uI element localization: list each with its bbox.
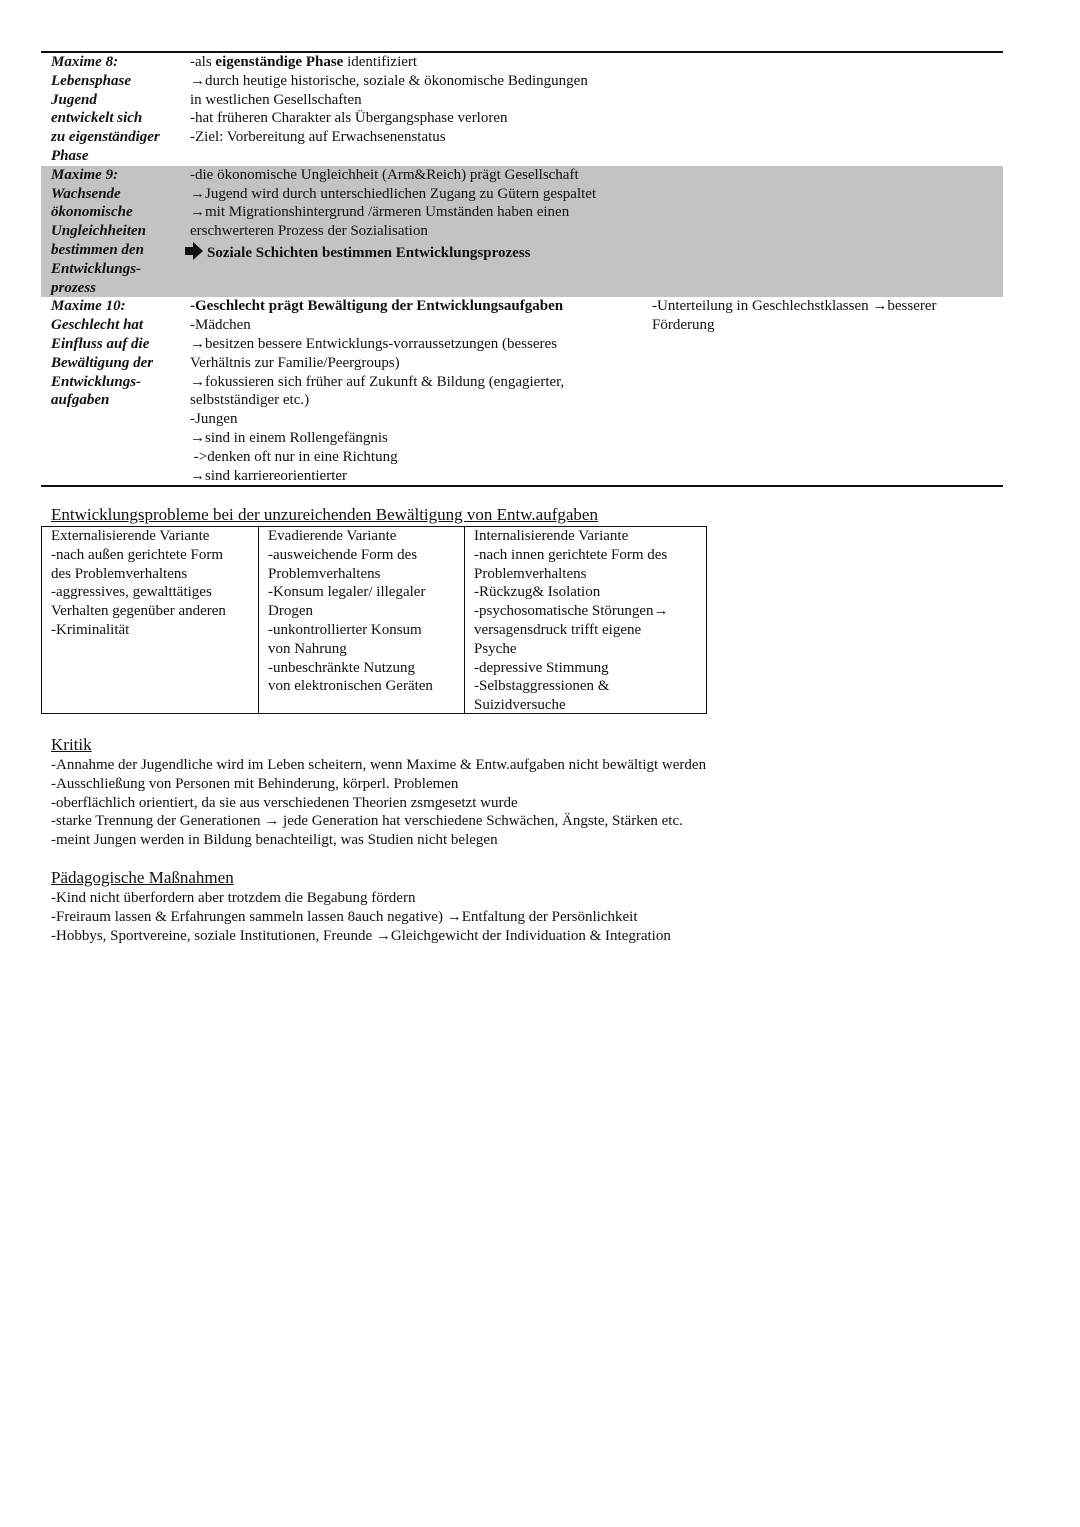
- cell-line: des Problemverhaltens: [51, 565, 258, 584]
- body-line: -hat früheren Charakter als Übergangspha…: [190, 109, 652, 128]
- body-line: →mit Migrationshintergrund /ärmeren Umst…: [190, 203, 652, 222]
- cell-line: -Rückzug& Isolation: [474, 583, 706, 602]
- cell-line: -Selbstaggressionen &: [474, 677, 706, 696]
- evading-column: Evadierende Variante -ausweichende Form …: [258, 527, 464, 713]
- body-line: →fokussieren sich früher auf Zukunft & B…: [190, 373, 652, 392]
- label-line: Entwicklungs-: [51, 260, 190, 279]
- maxime-10-label: Maxime 10: Geschlecht hat Einfluss auf d…: [41, 297, 190, 485]
- kritik-title: Kritik: [51, 736, 92, 755]
- body-line: →Jugend wird durch unterschiedlichen Zug…: [190, 185, 652, 204]
- label-line: Einfluss auf die: [51, 335, 190, 354]
- label-line: Entwicklungs-: [51, 373, 190, 392]
- body-line: →durch heutige historische, soziale & ök…: [190, 72, 652, 91]
- massnahmen-item: -Hobbys, Sportvereine, soziale Instituti…: [51, 927, 671, 946]
- problems-title: Entwicklungsprobleme bei der unzureichen…: [51, 506, 598, 525]
- label-line: Jugend: [51, 91, 190, 110]
- maxime-10-extra: -Unterteilung in Geschlechstklassen →bes…: [652, 297, 1003, 485]
- massnahmen-item: -Freiraum lassen & Erfahrungen sammeln l…: [51, 908, 671, 927]
- body-line: Verhältnis zur Familie/Peergroups): [190, 354, 652, 373]
- cell-line: -ausweichende Form des: [268, 546, 464, 565]
- massnahmen-title: Pädagogische Maßnahmen: [51, 869, 234, 888]
- label-line: Maxime 8:: [51, 53, 190, 72]
- column-heading: Internalisierende Variante: [474, 527, 706, 546]
- body-line: ->denken oft nur in eine Richtung: [190, 448, 652, 467]
- body-line: erschwerteren Prozess der Sozialisation: [190, 222, 652, 241]
- label-line: Maxime 10:: [51, 297, 190, 316]
- body-line: →sind in einem Rollengefängnis: [190, 429, 652, 448]
- maxime-8-row: Maxime 8: Lebensphase Jugend entwickelt …: [41, 53, 1003, 166]
- extra-line: Förderung: [652, 316, 1003, 335]
- label-line: Lebensphase: [51, 72, 190, 91]
- problem-table: Externalisierende Variante -nach außen g…: [41, 526, 707, 714]
- text-span: -als: [190, 54, 215, 70]
- body-line: -Ziel: Vorbereitung auf Erwachsenenstatu…: [190, 128, 652, 147]
- massnahmen-list: -Kind nicht überfordern aber trotzdem di…: [51, 889, 671, 945]
- kritik-item: -Ausschließung von Personen mit Behinder…: [51, 775, 706, 794]
- cell-line: von elektronischen Geräten: [268, 677, 464, 696]
- cell-line: Drogen: [268, 602, 464, 621]
- kritik-item: -meint Jungen werden in Bildung benachte…: [51, 831, 706, 850]
- emphasis: eigenständige Phase: [215, 54, 343, 70]
- kritik-item: -oberflächlich orientiert, da sie aus ve…: [51, 794, 706, 813]
- label-line: Geschlecht hat: [51, 316, 190, 335]
- cell-line: Problemverhaltens: [268, 565, 464, 584]
- label-line: aufgaben: [51, 391, 190, 410]
- cell-line: versagensdruck trifft eigene: [474, 621, 706, 640]
- kritik-list: -Annahme der Jugendliche wird im Leben s…: [51, 756, 706, 850]
- cell-line: Problemverhaltens: [474, 565, 706, 584]
- cell-line: von Nahrung: [268, 640, 464, 659]
- conclusion-text: Soziale Schichten bestimmen Entwicklungs…: [207, 245, 531, 261]
- cell-line: Suizidversuche: [474, 696, 706, 715]
- bold-right-arrow-icon: [184, 241, 204, 267]
- maxime-9-row: Maxime 9: Wachsende ökonomische Ungleich…: [41, 166, 1003, 298]
- kritik-item: -Annahme der Jugendliche wird im Leben s…: [51, 756, 706, 775]
- cell-line: -unbeschränkte Nutzung: [268, 659, 464, 678]
- label-line: Ungleichheiten: [51, 222, 190, 241]
- kritik-item: -starke Trennung der Generationen → jede…: [51, 812, 706, 831]
- label-line: Wachsende: [51, 185, 190, 204]
- cell-line: -nach innen gerichtete Form des: [474, 546, 706, 565]
- maxime-9-extra: [652, 166, 1003, 298]
- body-line: -Mädchen: [190, 316, 652, 335]
- externalizing-column: Externalisierende Variante -nach außen g…: [42, 527, 258, 713]
- body-line: -Geschlecht prägt Bewältigung der Entwic…: [190, 297, 652, 316]
- cell-line: -nach außen gerichtete Form: [51, 546, 258, 565]
- column-heading: Externalisierende Variante: [51, 527, 258, 546]
- maxime-9-label: Maxime 9: Wachsende ökonomische Ungleich…: [41, 166, 190, 298]
- label-line: Maxime 9:: [51, 166, 190, 185]
- body-line: in westlichen Gesellschaften: [190, 91, 652, 110]
- body-line: -Jungen: [190, 410, 652, 429]
- cell-line: -aggressives, gewalttätiges: [51, 583, 258, 602]
- label-line: Phase: [51, 147, 190, 166]
- maxime-10-row: Maxime 10: Geschlecht hat Einfluss auf d…: [41, 297, 1003, 485]
- label-line: entwickelt sich: [51, 109, 190, 128]
- text-span: identifiziert: [343, 54, 417, 70]
- body-line: selbstständiger etc.): [190, 391, 652, 410]
- conclusion-line: Soziale Schichten bestimmen Entwicklungs…: [190, 241, 652, 267]
- massnahmen-item: -Kind nicht überfordern aber trotzdem di…: [51, 889, 671, 908]
- cell-line: -Konsum legaler/ illegaler: [268, 583, 464, 602]
- label-line: bestimmen den: [51, 241, 190, 260]
- maxime-10-body: -Geschlecht prägt Bewältigung der Entwic…: [190, 297, 652, 485]
- label-line: Bewältigung der: [51, 354, 190, 373]
- cell-line: Psyche: [474, 640, 706, 659]
- cell-line: -unkontrollierter Konsum: [268, 621, 464, 640]
- maxime-table: Maxime 8: Lebensphase Jugend entwickelt …: [41, 51, 1003, 487]
- body-line: -die ökonomische Ungleichheit (Arm&Reich…: [190, 166, 652, 185]
- label-line: zu eigenständiger: [51, 128, 190, 147]
- column-heading: Evadierende Variante: [268, 527, 464, 546]
- cell-line: Verhalten gegenüber anderen: [51, 602, 258, 621]
- body-line: →besitzen bessere Entwicklungs-vorrausse…: [190, 335, 652, 354]
- extra-line: -Unterteilung in Geschlechstklassen →bes…: [652, 297, 1003, 316]
- maxime-8-label: Maxime 8: Lebensphase Jugend entwickelt …: [41, 53, 190, 166]
- label-line: prozess: [51, 279, 190, 298]
- cell-line: -Kriminalität: [51, 621, 258, 640]
- maxime-8-body: -als eigenständige Phase identifiziert →…: [190, 53, 652, 166]
- maxime-8-extra: [652, 53, 1003, 166]
- body-line: -als eigenständige Phase identifiziert: [190, 53, 652, 72]
- label-line: ökonomische: [51, 203, 190, 222]
- cell-line: -depressive Stimmung: [474, 659, 706, 678]
- internalizing-column: Internalisierende Variante -nach innen g…: [464, 527, 706, 713]
- cell-line: -psychosomatische Störungen→: [474, 602, 706, 621]
- body-line: →sind karriereorientierter: [190, 467, 652, 486]
- maxime-9-body: -die ökonomische Ungleichheit (Arm&Reich…: [190, 166, 652, 298]
